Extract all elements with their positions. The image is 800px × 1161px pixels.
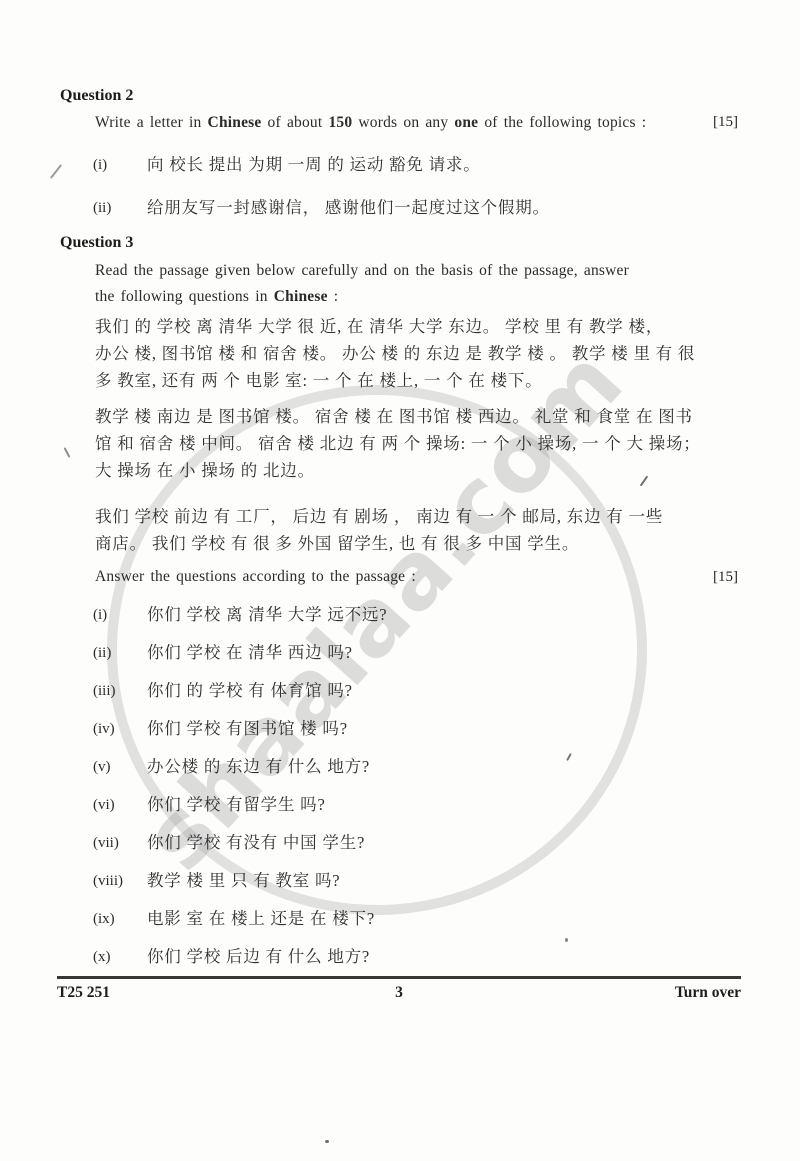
question-label: (viii) <box>93 869 147 893</box>
instruction-line: Read the passage given below carefully a… <box>95 258 738 284</box>
question-row: (ii) 你们 学校 在 清华 西边 吗? <box>93 641 738 665</box>
passage-paragraph-3: 我们 学校 前边 有 工厂， 后边 有 剧场 ， 南边 有 一 个 邮局, 东边… <box>95 503 711 557</box>
instruction-text-bold: 150 <box>328 114 352 131</box>
footer-rule <box>57 976 741 979</box>
passage-line: 多 教室, 还有 两 个 电影 室: 一 个 在 楼上, 一 个 在 楼下。 <box>95 367 711 394</box>
instruction-text: of about <box>261 114 328 131</box>
instruction-text: of the following topics : <box>478 114 646 131</box>
question-label: (iii) <box>93 679 147 703</box>
passage-line: 馆 和 宿舍 楼 中间。 宿舍 楼 北边 有 两 个 操场: 一 个 小 操场,… <box>95 430 711 457</box>
question-text: 你们 的 学校 有 体育馆 吗? <box>147 679 738 703</box>
passage-line: 教学 楼 南边 是 图书馆 楼。 宿舍 楼 在 图书馆 楼 西边。 礼堂 和 食… <box>95 403 711 430</box>
question-label: (i) <box>93 603 147 627</box>
question2-heading: Question 2 <box>60 86 738 106</box>
turn-over-label: Turn over <box>675 984 741 1002</box>
question-row: (iii) 你们 的 学校 有 体育馆 吗? <box>93 679 738 703</box>
instruction-line: the following questions in Chinese : <box>95 284 738 310</box>
instruction-text-bold: Chinese <box>274 288 328 305</box>
marks-badge: [15] <box>713 565 738 589</box>
paper-code: T25 251 <box>57 984 110 1002</box>
question-label: (iv) <box>93 717 147 741</box>
passage-line: 商店。 我们 学校 有 很 多 外国 留学生, 也 有 很 多 中国 学生。 <box>95 530 711 557</box>
question-label: (ii) <box>93 641 147 665</box>
passage-line: 大 操场 在 小 操场 的 北边。 <box>95 457 711 484</box>
question-text: 电影 室 在 楼上 还是 在 楼下? <box>147 907 738 931</box>
question3-instruction: Read the passage given below carefully a… <box>60 258 738 310</box>
question-row: (x) 你们 学校 后边 有 什么 地方? <box>93 945 738 969</box>
passage-paragraph-1: 我们 的 学校 离 清华 大学 很 近, 在 清华 大学 东边。 学校 里 有 … <box>95 313 711 394</box>
questions-list: (i) 你们 学校 离 清华 大学 远不远? (ii) 你们 学校 在 清华 西… <box>60 603 738 969</box>
question-text: 你们 学校 在 清华 西边 吗? <box>147 641 738 665</box>
passage-paragraph-2: 教学 楼 南边 是 图书馆 楼。 宿舍 楼 在 图书馆 楼 西边。 礼堂 和 食… <box>95 403 711 484</box>
question3-instruction-row: Read the passage given below carefully a… <box>60 258 738 310</box>
instruction-text: Write a letter in <box>95 114 208 131</box>
question-row: (v) 办公楼 的 东边 有 什么 地方? <box>93 755 738 779</box>
question-row: (i) 你们 学校 离 清华 大学 远不远? <box>93 603 738 627</box>
marks-badge: [15] <box>713 112 738 133</box>
question-label: (v) <box>93 755 147 779</box>
question-text: 你们 学校 后边 有 什么 地方? <box>147 945 738 969</box>
passage-line: 办公 楼, 图书馆 楼 和 宿舍 楼。 办公 楼 的 东边 是 教学 楼 。 教… <box>95 340 711 367</box>
topic-label: (i) <box>93 153 147 177</box>
question-label: (x) <box>93 945 147 969</box>
instruction-text: words on any <box>352 114 454 131</box>
question-row: (viii) 教学 楼 里 只 有 教室 吗? <box>93 869 738 893</box>
topic-text: 向 校长 提出 为期 一周 的 运动 豁免 请求。 <box>147 153 738 177</box>
topic-row: (ii) 给朋友写一封感谢信， 感谢他们一起度过这个假期。 <box>93 196 738 220</box>
answer-instruction-row: Answer the questions according to the pa… <box>60 565 738 589</box>
instruction-text: the following questions in <box>95 288 274 305</box>
instruction-text: : <box>328 288 339 305</box>
question-text: 你们 学校 有留学生 吗? <box>147 793 738 817</box>
question-label: (ix) <box>93 907 147 931</box>
topic-row: (i) 向 校长 提出 为期 一周 的 运动 豁免 请求。 <box>93 153 738 177</box>
topic-label: (ii) <box>93 196 147 220</box>
question-label: (vi) <box>93 793 147 817</box>
passage-line: 我们 的 学校 离 清华 大学 很 近, 在 清华 大学 东边。 学校 里 有 … <box>95 313 711 340</box>
question-text: 你们 学校 有图书馆 楼 吗? <box>147 717 738 741</box>
question-row: (vi) 你们 学校 有留学生 吗? <box>93 793 738 817</box>
question3-heading: Question 3 <box>60 233 738 253</box>
exam-paper-page: shaalaa.com Question 2 Write a letter in… <box>0 0 800 1161</box>
passage-line: 我们 学校 前边 有 工厂， 后边 有 剧场 ， 南边 有 一 个 邮局, 东边… <box>95 503 711 530</box>
question2-instruction-row: Write a letter in Chinese of about 150 w… <box>60 112 738 133</box>
question-text: 你们 学校 有没有 中国 学生? <box>147 831 738 855</box>
question-label: (vii) <box>93 831 147 855</box>
question2-instruction: Write a letter in Chinese of about 150 w… <box>60 112 713 133</box>
question-text: 你们 学校 离 清华 大学 远不远? <box>147 603 738 627</box>
answer-instruction: Answer the questions according to the pa… <box>60 565 713 589</box>
question-row: (vii) 你们 学校 有没有 中国 学生? <box>93 831 738 855</box>
question-row: (ix) 电影 室 在 楼上 还是 在 楼下? <box>93 907 738 931</box>
page-number: 3 <box>395 984 403 1002</box>
topic-text: 给朋友写一封感谢信， 感谢他们一起度过这个假期。 <box>147 196 738 220</box>
instruction-text-bold: Chinese <box>208 114 262 131</box>
question-text: 教学 楼 里 只 有 教室 吗? <box>147 869 738 893</box>
question-row: (iv) 你们 学校 有图书馆 楼 吗? <box>93 717 738 741</box>
instruction-text-bold: one <box>454 114 478 131</box>
question-text: 办公楼 的 东边 有 什么 地方? <box>147 755 738 779</box>
